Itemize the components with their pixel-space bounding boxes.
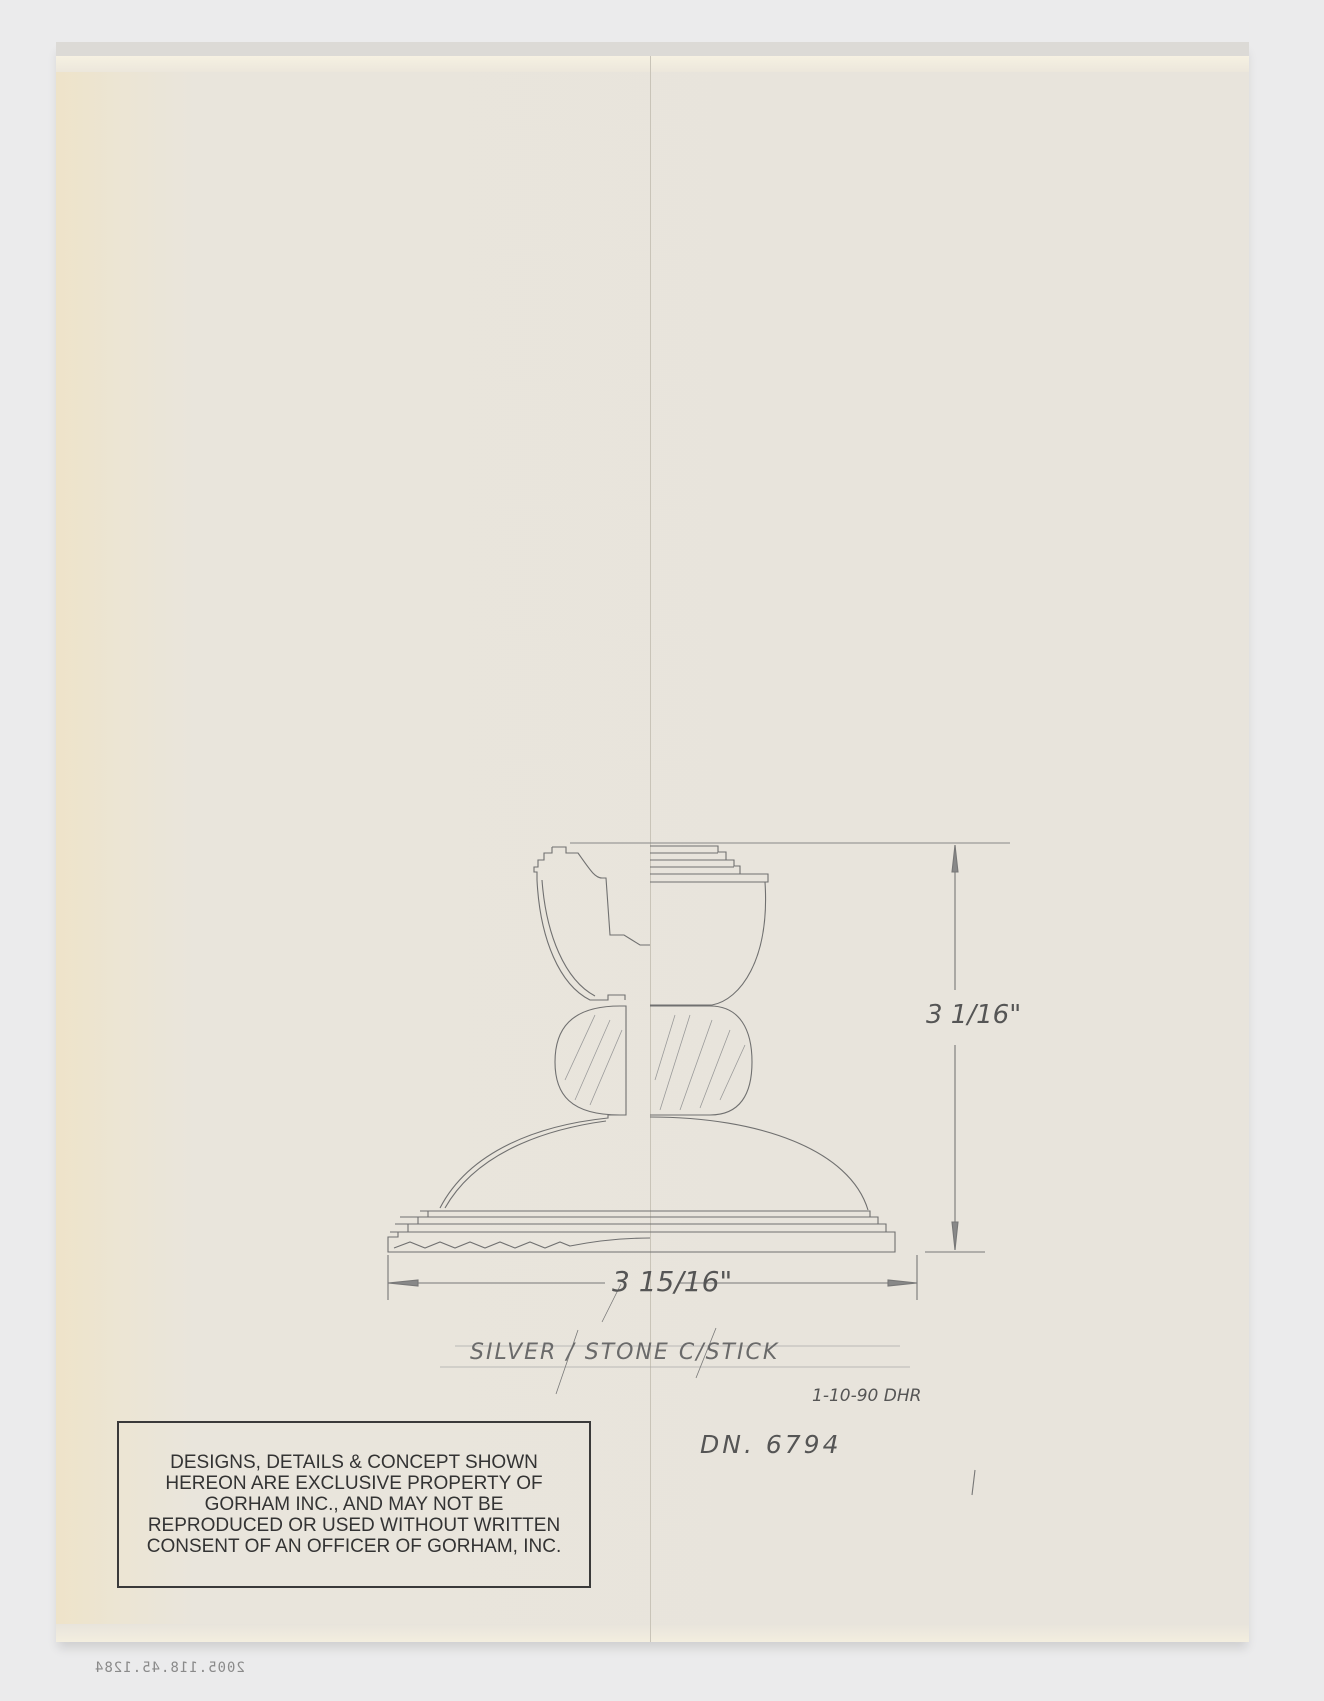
stamp-line: CONSENT OF AN OFFICER OF GORHAM, INC. bbox=[147, 1536, 562, 1557]
height-dimension-label: 3 1/16" bbox=[926, 1000, 1021, 1030]
copyright-stamp: DESIGNS, DETAILS & CONCEPT SHOWN HEREON … bbox=[117, 1421, 591, 1588]
stamp-line: HEREON ARE EXCLUSIVE PROPERTY OF bbox=[165, 1473, 542, 1494]
base-steps bbox=[388, 1211, 895, 1252]
height-dimension bbox=[925, 845, 985, 1252]
cup-bowl-right bbox=[650, 882, 766, 1005]
design-number: DN. 6794 bbox=[700, 1430, 841, 1459]
pencil-mark bbox=[972, 1470, 975, 1495]
stone-ball bbox=[555, 1006, 752, 1115]
stamp-line: GORHAM INC., AND MAY NOT BE bbox=[205, 1494, 504, 1515]
stamp-line: REPRODUCED OR USED WITHOUT WRITTEN bbox=[148, 1515, 560, 1536]
cup-rim bbox=[650, 846, 768, 882]
title-guidelines bbox=[440, 1284, 910, 1394]
base-dome-left bbox=[440, 1115, 625, 1208]
drawing-title: SILVER / STONE C/STICK bbox=[470, 1340, 779, 1365]
stone-hatching bbox=[565, 1015, 745, 1110]
width-dimension-label: 3 15/16" bbox=[612, 1265, 732, 1298]
stamp-line: DESIGNS, DETAILS & CONCEPT SHOWN bbox=[170, 1452, 538, 1473]
accession-number: 2005.118.45.1284 bbox=[94, 1660, 245, 1676]
base-dome-right bbox=[650, 1117, 868, 1210]
cup-section-left bbox=[534, 847, 650, 1000]
date-initials: 1-10-90 DHR bbox=[812, 1386, 921, 1406]
